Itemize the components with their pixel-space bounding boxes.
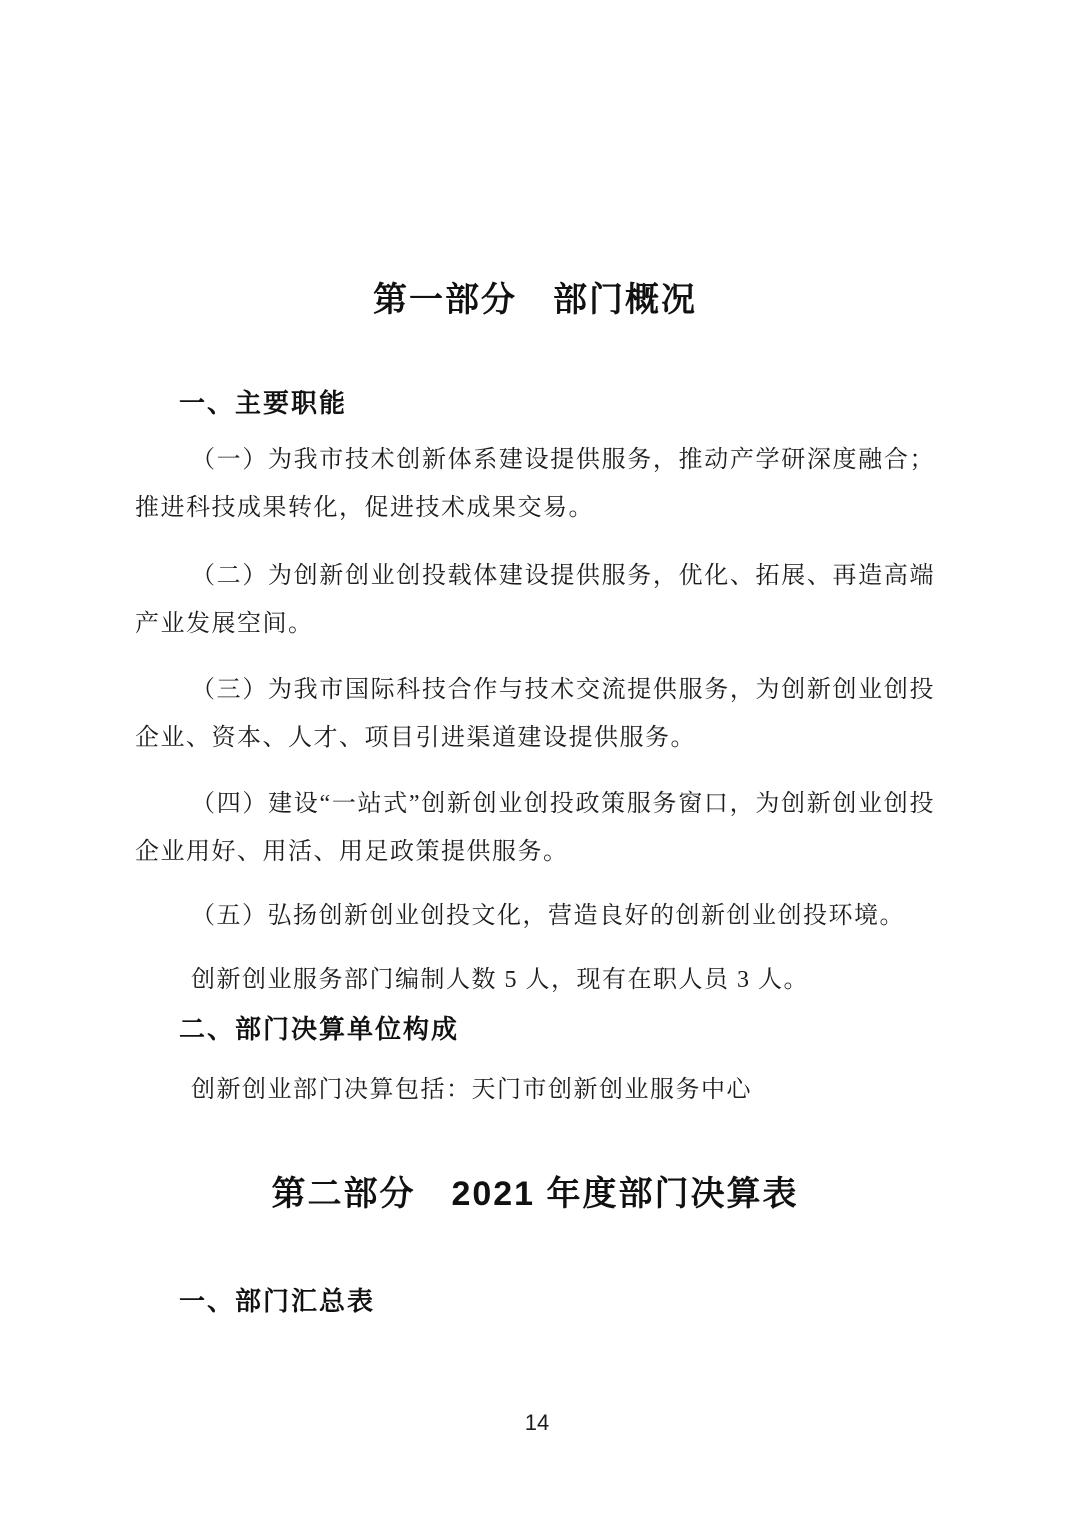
paragraph-function-2: （二）为创新创业创投载体建设提供服务，优化、拓展、再造高端产业发展空间。	[135, 552, 935, 648]
paragraph-staffing: 创新创业服务部门编制人数 5 人，现有在职人员 3 人。	[135, 956, 935, 1004]
document-page: 第一部分 部门概况 一、主要职能 （一）为我市技术创新体系建设提供服务，推动产学…	[0, 0, 1074, 1520]
heading-budget-units: 二、部门决算单位构成	[135, 1012, 935, 1046]
paragraph-function-4: （四）建设“一站式”创新创业创投政策服务窗口，为创新创业创投企业用好、用活、用足…	[135, 780, 935, 876]
heading-department-summary-table: 一、部门汇总表	[135, 1284, 935, 1318]
paragraph-budget-units: 创新创业部门决算包括：天门市创新创业服务中心	[135, 1066, 935, 1114]
heading-main-functions: 一、主要职能	[135, 386, 935, 420]
part2-title: 第二部分 2021 年度部门决算表	[135, 1172, 935, 1216]
paragraph-function-1: （一）为我市技术创新体系建设提供服务，推动产学研深度融合；推进科技成果转化，促进…	[135, 436, 935, 532]
part1-title: 第一部分 部门概况	[135, 278, 935, 322]
page-number: 14	[0, 1408, 1074, 1438]
paragraph-function-5: （五）弘扬创新创业创投文化，营造良好的创新创业创投环境。	[135, 892, 935, 940]
document-content: 第一部分 部门概况 一、主要职能 （一）为我市技术创新体系建设提供服务，推动产学…	[135, 0, 935, 1318]
paragraph-function-3: （三）为我市国际科技合作与技术交流提供服务，为创新创业创投企业、资本、人才、项目…	[135, 666, 935, 762]
